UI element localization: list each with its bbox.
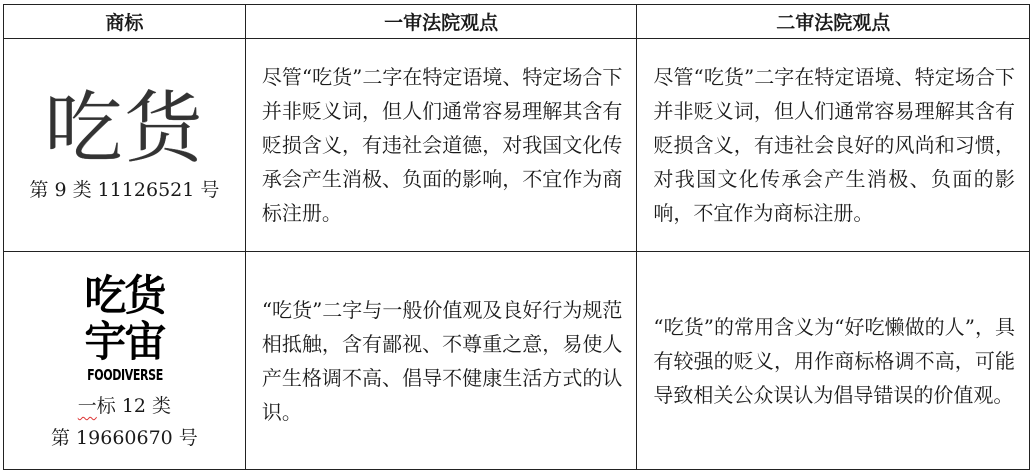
trademark-cell: 吃货 宇宙 FOODIVERSE 一标 12 类 第 19660670 号 [4,252,246,470]
logo-line-1: 吃货 [79,273,169,319]
table-row: 吃货 宇宙 FOODIVERSE 一标 12 类 第 19660670 号 “吃… [4,252,1030,470]
spellcheck-marked-text: 一 [78,395,97,417]
second-instance-opinion: “吃货”的常用含义为“好吃懒做的人”，具有较强的贬义，用作商标格调不高，可能导致… [637,252,1030,470]
header-second-instance: 二审法院观点 [637,5,1030,39]
header-trademark: 商标 [4,5,246,39]
first-instance-opinion: 尽管“吃货”二字在特定语境、特定场合下并非贬义词，但人们通常容易理解其含有贬损含… [245,39,637,252]
second-instance-opinion: 尽管“吃货”二字在特定语境、特定场合下并非贬义词，但人们通常容易理解其含有贬损含… [637,39,1030,252]
trademark-caption: 第 9 类 11126521 号 [5,174,244,206]
logo-english: FOODIVERSE [88,365,162,385]
trademark-cell: 吃货 第 9 类 11126521 号 [4,39,246,252]
trademark-caption-line-1: 一标 12 类 [5,390,244,422]
trademark-caption-line-2: 第 19660670 号 [5,422,244,454]
header-row: 商标 一审法院观点 二审法院观点 [4,5,1030,39]
logo-line-2: 宇宙 [79,319,169,365]
trademark-logo-chihuo: 吃货 [5,84,244,174]
caption-rest: 标 12 类 [97,395,171,417]
trademark-logo-foodiverse: 吃货 宇宙 FOODIVERSE [79,273,169,385]
table-row: 吃货 第 9 类 11126521 号 尽管“吃货”二字在特定语境、特定场合下并… [4,39,1030,252]
trademark-comparison-table: 商标 一审法院观点 二审法院观点 吃货 第 9 类 11126521 号 尽管“… [3,4,1030,470]
first-instance-opinion: “吃货”二字与一般价值观及良好行为规范相抵触，含有鄙视、不尊重之意，易使人产生格… [245,252,637,470]
header-first-instance: 一审法院观点 [245,5,637,39]
